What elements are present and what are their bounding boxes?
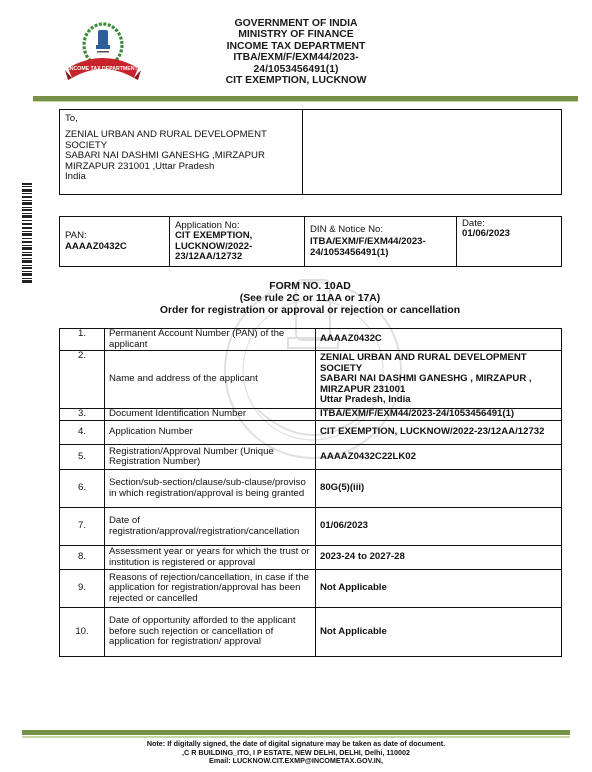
din-label: DIN & Notice No:: [310, 225, 451, 235]
pan-cell: PAN: AAAAZ0432C: [60, 217, 170, 267]
to-label: To,: [65, 114, 297, 124]
addressee-line: India: [65, 172, 297, 182]
form-subtitle: Order for registration or approval or re…: [140, 305, 480, 317]
row-value-line: Uttar Pradesh, India: [320, 395, 557, 405]
table-row: 6.Section/sub-section/clause/sub-clause/…: [60, 470, 562, 508]
row-label: Application Number: [105, 421, 316, 445]
row-value: 01/06/2023: [316, 508, 562, 546]
header-divider-line: [33, 101, 578, 102]
row-value: Not Applicable: [316, 608, 562, 657]
form-number: FORM NO. 10AD: [140, 281, 480, 293]
footer-divider-bar: [22, 730, 570, 735]
header-line-din-part1: ITBA/EXM/F/EXM44/2023-: [180, 52, 412, 63]
footer-divider-line: [22, 736, 570, 738]
row-value: AAAAZ0432C22LK02: [316, 445, 562, 470]
din-cell: DIN & Notice No: ITBA/EXM/F/EXM44/2023-2…: [305, 217, 457, 267]
table-row: 5.Registration/Approval Number (Unique R…: [60, 445, 562, 470]
svg-text:INCOME TAX DEPARTMENT: INCOME TAX DEPARTMENT: [68, 66, 138, 72]
row-value: 2023-24 to 2027-28: [316, 546, 562, 570]
table-row: 2.Name and address of the applicantZENIA…: [60, 351, 562, 409]
row-label: Document Identification Number: [105, 409, 316, 421]
header-line-department: INCOME TAX DEPARTMENT: [180, 41, 412, 52]
row-value: CIT EXEMPTION, LUCKNOW/2022-23/12AA/1273…: [316, 421, 562, 445]
blank-cell: [303, 110, 562, 195]
addressee-line: MIRZAPUR 231001 ,Uttar Pradesh: [65, 162, 297, 172]
row-label: Reasons of rejection/cancellation, in ca…: [105, 570, 316, 608]
footer-email: Email: LUCKNOW.CIT.EXMP@INCOMETAX.GOV.IN…: [0, 757, 592, 766]
pan-label: PAN:: [65, 231, 164, 241]
row-value: ITBA/EXM/F/EXM44/2023-24/1053456491(1): [316, 409, 562, 421]
row-number: 4.: [60, 421, 105, 445]
header-line-din-part2: 24/1053456491(1): [180, 64, 412, 75]
row-value: 80G(5)(iii): [316, 470, 562, 508]
pan-value: AAAAZ0432C: [65, 242, 164, 252]
row-value: ZENIAL URBAN AND RURAL DEVELOPMENTSOCIET…: [316, 351, 562, 409]
barcode-icon: [22, 183, 32, 283]
income-tax-department-logo-icon: INCOME TAX DEPARTMENT: [62, 18, 144, 84]
application-cell: Application No: CIT EXEMPTION, LUCKNOW/2…: [170, 217, 305, 267]
row-number: 5.: [60, 445, 105, 470]
row-number: 10.: [60, 608, 105, 657]
row-number: 9.: [60, 570, 105, 608]
table-row: 3.Document Identification NumberITBA/EXM…: [60, 409, 562, 421]
table-row: 7.Date of registration/approval/registra…: [60, 508, 562, 546]
addressee-cell: To, ZENIAL URBAN AND RURAL DEVELOPMENT S…: [60, 110, 303, 195]
table-row: 9.Reasons of rejection/cancellation, in …: [60, 570, 562, 608]
form-title-block: FORM NO. 10AD (See rule 2C or 11AA or 17…: [140, 281, 480, 316]
row-label: Date of registration/approval/registrati…: [105, 508, 316, 546]
row-number: 6.: [60, 470, 105, 508]
header-block: GOVERNMENT OF INDIA MINISTRY OF FINANCE …: [180, 18, 412, 86]
table-row: 8.Assessment year or years for which the…: [60, 546, 562, 570]
footer: Note: If digitally signed, the date of d…: [0, 740, 592, 766]
form-10ad-table: 1.Permanent Account Number (PAN) of the …: [59, 328, 562, 657]
row-number: 1.: [60, 329, 105, 351]
date-cell: Date: 01/06/2023: [457, 217, 562, 267]
addressee-table: To, ZENIAL URBAN AND RURAL DEVELOPMENT S…: [59, 109, 562, 195]
row-number: 8.: [60, 546, 105, 570]
row-label: Name and address of the applicant: [105, 351, 316, 409]
reference-table: PAN: AAAAZ0432C Application No: CIT EXEM…: [59, 216, 562, 267]
application-value: CIT EXEMPTION, LUCKNOW/2022-23/12AA/1273…: [175, 231, 299, 262]
header-line-ministry: MINISTRY OF FINANCE: [180, 29, 412, 40]
row-value: Not Applicable: [316, 570, 562, 608]
table-row: 4.Application NumberCIT EXEMPTION, LUCKN…: [60, 421, 562, 445]
row-label: Date of opportunity afforded to the appl…: [105, 608, 316, 657]
row-number: 7.: [60, 508, 105, 546]
row-label: Registration/Approval Number (Unique Reg…: [105, 445, 316, 470]
header-line-government: GOVERNMENT OF INDIA: [180, 18, 412, 29]
row-label: Section/sub-section/clause/sub-clause/pr…: [105, 470, 316, 508]
header-line-office: CIT EXEMPTION, LUCKNOW: [180, 75, 412, 86]
row-number: 3.: [60, 409, 105, 421]
table-row: 1.Permanent Account Number (PAN) of the …: [60, 329, 562, 351]
table-row: 10.Date of opportunity afforded to the a…: [60, 608, 562, 657]
row-label: Assessment year or years for which the t…: [105, 546, 316, 570]
row-number: 2.: [60, 351, 105, 409]
form-rule: (See rule 2C or 11AA or 17A): [140, 293, 480, 305]
din-value: ITBA/EXM/F/EXM44/2023-24/1053456491(1): [310, 237, 451, 258]
row-value: AAAAZ0432C: [316, 329, 562, 351]
row-label: Permanent Account Number (PAN) of the ap…: [105, 329, 316, 351]
date-value: 01/06/2023: [462, 229, 556, 239]
